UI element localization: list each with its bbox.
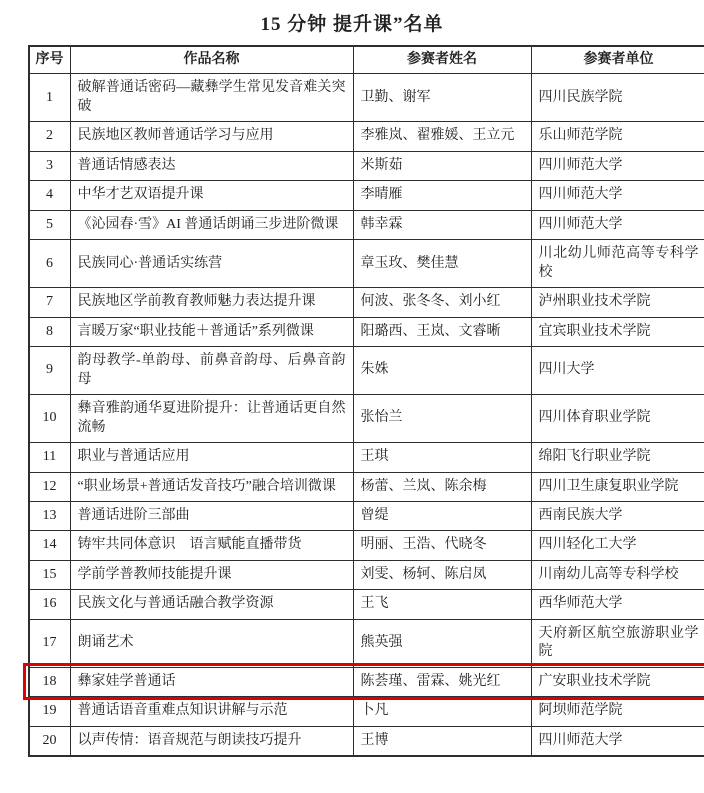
cell-unit: 四川师范大学 xyxy=(531,151,704,180)
cell-participants: 陈荟瑾、雷霖、姚光红 xyxy=(353,667,531,696)
table-row: 9 韵母教学-单韵母、前鼻音韵母、后鼻音韵母 朱姝 四川大学 xyxy=(29,347,704,395)
cell-work-title: 民族地区教师普通话学习与应用 xyxy=(70,122,353,151)
table-row: 7 民族地区学前教育教师魅力表达提升课 何波、张冬冬、刘小红 泸州职业技术学院 xyxy=(29,288,704,317)
cell-participants: 王琪 xyxy=(353,443,531,472)
cell-participants: 何波、张冬冬、刘小红 xyxy=(353,288,531,317)
cell-seq-no: 2 xyxy=(29,122,71,151)
cell-unit: 四川师范大学 xyxy=(531,726,704,756)
cell-participants: 王飞 xyxy=(353,590,531,619)
table-row: 16 民族文化与普通话融合教学资源 王飞 西华师范大学 xyxy=(29,590,704,619)
table-row: 19 普通话语音重难点知识讲解与示范 卜凡 阿坝师范学院 xyxy=(29,697,704,726)
cell-participants: 明丽、王浩、代晓冬 xyxy=(353,531,531,560)
roster-table: 序号 作品名称 参赛者姓名 参赛者单位 1 破解普通话密码—藏彝学生常见发音难关… xyxy=(28,45,704,757)
header-row: 序号 作品名称 参赛者姓名 参赛者单位 xyxy=(29,46,704,74)
cell-seq-no: 5 xyxy=(29,210,71,239)
table-row: 17 朗诵艺术 熊英强 天府新区航空旅游职业学院 xyxy=(29,619,704,667)
cell-unit: 四川大学 xyxy=(531,347,704,395)
table-row: 18 彝家娃学普通话 陈荟瑾、雷霖、姚光红 广安职业技术学院 xyxy=(29,667,704,696)
cell-participants: 张怡兰 xyxy=(353,395,531,443)
header-work-title: 作品名称 xyxy=(70,46,353,74)
table-row: 2 民族地区教师普通话学习与应用 李雅岚、翟雅媛、王立元 乐山师范学院 xyxy=(29,122,704,151)
cell-seq-no: 15 xyxy=(29,560,71,589)
cell-unit: 四川轻化工大学 xyxy=(531,531,704,560)
cell-unit: 四川师范大学 xyxy=(531,210,704,239)
table-row: 4 中华才艺双语提升课 李晴雁 四川师范大学 xyxy=(29,181,704,210)
cell-work-title: 朗诵艺术 xyxy=(70,619,353,667)
cell-unit: 四川体育职业学院 xyxy=(531,395,704,443)
cell-seq-no: 4 xyxy=(29,181,71,210)
cell-participants: 韩幸霖 xyxy=(353,210,531,239)
cell-work-title: 民族文化与普通话融合教学资源 xyxy=(70,590,353,619)
table-row: 11 职业与普通话应用 王琪 绵阳飞行职业学院 xyxy=(29,443,704,472)
cell-seq-no: 8 xyxy=(29,317,71,346)
cell-seq-no: 9 xyxy=(29,347,71,395)
cell-seq-no: 20 xyxy=(29,726,71,756)
cell-work-title: 普通话语音重难点知识讲解与示范 xyxy=(70,697,353,726)
table-row: 1 破解普通话密码—藏彝学生常见发音难关突破 卫勤、谢军 四川民族学院 xyxy=(29,74,704,122)
cell-work-title: 中华才艺双语提升课 xyxy=(70,181,353,210)
table-row: 14 铸牢共同体意识 语言赋能直播带货 明丽、王浩、代晓冬 四川轻化工大学 xyxy=(29,531,704,560)
header-seq-no: 序号 xyxy=(29,46,71,74)
cell-unit: 泸州职业技术学院 xyxy=(531,288,704,317)
cell-unit: 广安职业技术学院 xyxy=(531,667,704,696)
cell-seq-no: 3 xyxy=(29,151,71,180)
cell-work-title: 彝音雅韵通华夏进阶提升：让普通话更自然流畅 xyxy=(70,395,353,443)
cell-seq-no: 14 xyxy=(29,531,71,560)
cell-work-title: 普通话进阶三部曲 xyxy=(70,501,353,530)
cell-participants: 卫勤、谢军 xyxy=(353,74,531,122)
cell-work-title: 韵母教学-单韵母、前鼻音韵母、后鼻音韵母 xyxy=(70,347,353,395)
cell-unit: 四川民族学院 xyxy=(531,74,704,122)
cell-participants: 李雅岚、翟雅媛、王立元 xyxy=(353,122,531,151)
cell-participants: 米斯茹 xyxy=(353,151,531,180)
cell-seq-no: 10 xyxy=(29,395,71,443)
cell-work-title: 民族地区学前教育教师魅力表达提升课 xyxy=(70,288,353,317)
cell-work-title: “职业场景+普通话发音技巧”融合培训微课 xyxy=(70,472,353,501)
cell-seq-no: 18 xyxy=(29,667,71,696)
table-header: 序号 作品名称 参赛者姓名 参赛者单位 xyxy=(29,46,704,74)
cell-work-title: 《沁园春·雪》AI 普通话朗诵三步进阶微课 xyxy=(70,210,353,239)
cell-participants: 刘雯、杨轲、陈启凤 xyxy=(353,560,531,589)
cell-participants: 曾缇 xyxy=(353,501,531,530)
table-row: 20 以声传情：语音规范与朗读技巧提升 王博 四川师范大学 xyxy=(29,726,704,756)
cell-work-title: 民族同心·普通话实练营 xyxy=(70,240,353,288)
cell-participants: 阳璐西、王岚、文睿晰 xyxy=(353,317,531,346)
table-row: 15 学前学普教师技能提升课 刘雯、杨轲、陈启凤 川南幼儿高等专科学校 xyxy=(29,560,704,589)
cell-seq-no: 17 xyxy=(29,619,71,667)
cell-seq-no: 11 xyxy=(29,443,71,472)
cell-unit: 绵阳飞行职业学院 xyxy=(531,443,704,472)
cell-unit: 四川卫生康复职业学院 xyxy=(531,472,704,501)
cell-participants: 章玉玫、樊佳慧 xyxy=(353,240,531,288)
table-row: 6 民族同心·普通话实练营 章玉玫、樊佳慧 川北幼儿师范高等专科学校 xyxy=(29,240,704,288)
table-row: 8 言暖万家“职业技能＋普通话”系列微课 阳璐西、王岚、文睿晰 宜宾职业技术学院 xyxy=(29,317,704,346)
cell-seq-no: 12 xyxy=(29,472,71,501)
cell-work-title: 学前学普教师技能提升课 xyxy=(70,560,353,589)
cell-work-title: 言暖万家“职业技能＋普通话”系列微课 xyxy=(70,317,353,346)
cell-participants: 王博 xyxy=(353,726,531,756)
table-row: 3 普通话情感表达 米斯茹 四川师范大学 xyxy=(29,151,704,180)
cell-work-title: 职业与普通话应用 xyxy=(70,443,353,472)
cell-unit: 乐山师范学院 xyxy=(531,122,704,151)
cell-work-title: 铸牢共同体意识 语言赋能直播带货 xyxy=(70,531,353,560)
cell-participants: 杨蕾、兰岚、陈余梅 xyxy=(353,472,531,501)
cell-unit: 宜宾职业技术学院 xyxy=(531,317,704,346)
cell-seq-no: 7 xyxy=(29,288,71,317)
header-participants: 参赛者姓名 xyxy=(353,46,531,74)
table-container: 序号 作品名称 参赛者姓名 参赛者单位 1 破解普通话密码—藏彝学生常见发音难关… xyxy=(28,45,677,757)
table-body: 1 破解普通话密码—藏彝学生常见发音难关突破 卫勤、谢军 四川民族学院 2 民族… xyxy=(29,74,704,756)
page-title: 15 分钟 提升课”名单 xyxy=(0,9,704,36)
header-unit: 参赛者单位 xyxy=(531,46,704,74)
cell-seq-no: 1 xyxy=(29,74,71,122)
cell-work-title: 破解普通话密码—藏彝学生常见发音难关突破 xyxy=(70,74,353,122)
cell-unit: 川北幼儿师范高等专科学校 xyxy=(531,240,704,288)
cell-participants: 卜凡 xyxy=(353,697,531,726)
table-row: 5 《沁园春·雪》AI 普通话朗诵三步进阶微课 韩幸霖 四川师范大学 xyxy=(29,210,704,239)
document-page: 15 分钟 提升课”名单 序号 作品名称 参赛者姓名 参赛者单位 1 破解普通话… xyxy=(0,0,704,793)
cell-unit: 川南幼儿高等专科学校 xyxy=(531,560,704,589)
cell-participants: 李晴雁 xyxy=(353,181,531,210)
cell-work-title: 以声传情：语音规范与朗读技巧提升 xyxy=(70,726,353,756)
table-row: 13 普通话进阶三部曲 曾缇 西南民族大学 xyxy=(29,501,704,530)
cell-seq-no: 16 xyxy=(29,590,71,619)
cell-unit: 西南民族大学 xyxy=(531,501,704,530)
cell-seq-no: 6 xyxy=(29,240,71,288)
cell-unit: 四川师范大学 xyxy=(531,181,704,210)
cell-work-title: 彝家娃学普通话 xyxy=(70,667,353,696)
table-row: 12 “职业场景+普通话发音技巧”融合培训微课 杨蕾、兰岚、陈余梅 四川卫生康复… xyxy=(29,472,704,501)
cell-work-title: 普通话情感表达 xyxy=(70,151,353,180)
cell-unit: 阿坝师范学院 xyxy=(531,697,704,726)
cell-participants: 熊英强 xyxy=(353,619,531,667)
cell-seq-no: 13 xyxy=(29,501,71,530)
cell-unit: 天府新区航空旅游职业学院 xyxy=(531,619,704,667)
cell-unit: 西华师范大学 xyxy=(531,590,704,619)
table-row: 10 彝音雅韵通华夏进阶提升：让普通话更自然流畅 张怡兰 四川体育职业学院 xyxy=(29,395,704,443)
cell-participants: 朱姝 xyxy=(353,347,531,395)
cell-seq-no: 19 xyxy=(29,697,71,726)
